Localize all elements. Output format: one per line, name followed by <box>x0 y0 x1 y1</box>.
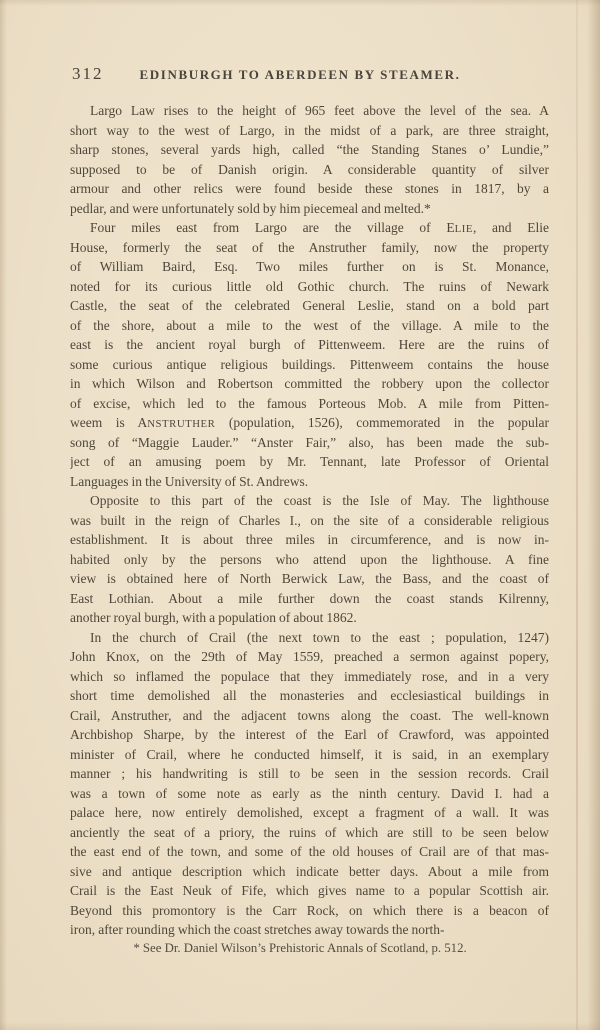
text-line: East Lothian. About a mile further down … <box>70 589 549 609</box>
text-line: iron, after rounding which the coast str… <box>70 920 549 940</box>
page-edge-shadow <box>586 0 600 1030</box>
text-line: east is the ancient royal burgh of Pitte… <box>70 335 549 355</box>
body-text: Largo Law rises to the height of 965 fee… <box>70 101 549 940</box>
text-line: palace here, now entirely demolished, ex… <box>70 803 549 823</box>
text-line: In the church of Crail (the next town to… <box>70 628 549 648</box>
text-line: Castle, the seat of the celebrated Gener… <box>70 296 549 316</box>
paragraph: Largo Law rises to the height of 965 fee… <box>70 101 549 218</box>
text-line: of William Baird, Esq. Two miles further… <box>70 257 549 277</box>
text-line: Opposite to this part of the coast is th… <box>70 491 549 511</box>
text-line: Four miles east from Largo are the villa… <box>70 218 549 238</box>
text-line: of excise, which led to the famous Porte… <box>70 394 549 414</box>
text-line: in which Wilson and Robertson committed … <box>70 374 549 394</box>
text-line: ject of an amusing poem by Mr. Tennant, … <box>70 452 549 472</box>
text-line: the east end of the town, and some of th… <box>70 842 549 862</box>
text-line: Archbishop Sharpe, by the interest of th… <box>70 725 549 745</box>
text-line: anciently the seat of a priory, the ruin… <box>70 823 549 843</box>
text-line: habited only by the persons who attend u… <box>70 550 549 570</box>
text-line: was a town of some note as early as the … <box>70 784 549 804</box>
text-line: Languages in the University of St. Andre… <box>70 472 549 492</box>
text-line: song of “Maggie Lauder.” “Anster Fair,” … <box>70 433 549 453</box>
text-line: some curious antique religious buildings… <box>70 355 549 375</box>
running-title: EDINBURGH TO ABERDEEN BY STEAMER. <box>0 67 600 83</box>
text-line: armour and other relics were found besid… <box>70 179 549 199</box>
text-line: which so inflamed the populace that they… <box>70 667 549 687</box>
text-line: was built in the reign of Charles I., on… <box>70 511 549 531</box>
text-line: Crail is the East Neuk of Fife, which gi… <box>70 881 549 901</box>
text-line: Largo Law rises to the height of 965 fee… <box>70 101 549 121</box>
book-page: 312 EDINBURGH TO ABERDEEN BY STEAMER. La… <box>0 0 600 1030</box>
text-line: another royal burgh, with a population o… <box>70 608 549 628</box>
text-line: sharp stones, several yards high, called… <box>70 140 549 160</box>
text-line: supposed to be of Danish origin. A consi… <box>70 160 549 180</box>
text-line: manner ; his handwriting is still to be … <box>70 764 549 784</box>
text-line: short time demolished all the monasterie… <box>70 686 549 706</box>
text-line: noted for its curious little old Gothic … <box>70 277 549 297</box>
paragraph: Four miles east from Largo are the villa… <box>70 218 549 491</box>
text-line: establishment. It is about three miles i… <box>70 530 549 550</box>
page-header: 312 EDINBURGH TO ABERDEEN BY STEAMER. <box>0 64 600 86</box>
text-line: House, formerly the seat of the Anstruth… <box>70 238 549 258</box>
text-line: Beyond this promontory is the Carr Rock,… <box>70 901 549 921</box>
text-line: sive and antique description which indic… <box>70 862 549 882</box>
page-crease <box>576 0 578 1030</box>
text-line: pedlar, and were unfortunately sold by h… <box>70 199 549 219</box>
paragraph: In the church of Crail (the next town to… <box>70 628 549 940</box>
paragraph: Opposite to this part of the coast is th… <box>70 491 549 628</box>
text-line: view is obtained here of North Berwick L… <box>70 569 549 589</box>
footnote: * See Dr. Daniel Wilson’s Prehistoric An… <box>70 941 530 956</box>
text-line: weem is ANSTRUTHER (population, 1526), c… <box>70 413 549 433</box>
text-line: short way to the west of Largo, in the m… <box>70 121 549 141</box>
text-line: John Knox, on the 29th of May 1559, prea… <box>70 647 549 667</box>
text-line: minister of Crail, where he conducted hi… <box>70 745 549 765</box>
text-line: of the shore, about a mile to the west o… <box>70 316 549 336</box>
text-line: Crail, Anstruther, and the adjacent town… <box>70 706 549 726</box>
